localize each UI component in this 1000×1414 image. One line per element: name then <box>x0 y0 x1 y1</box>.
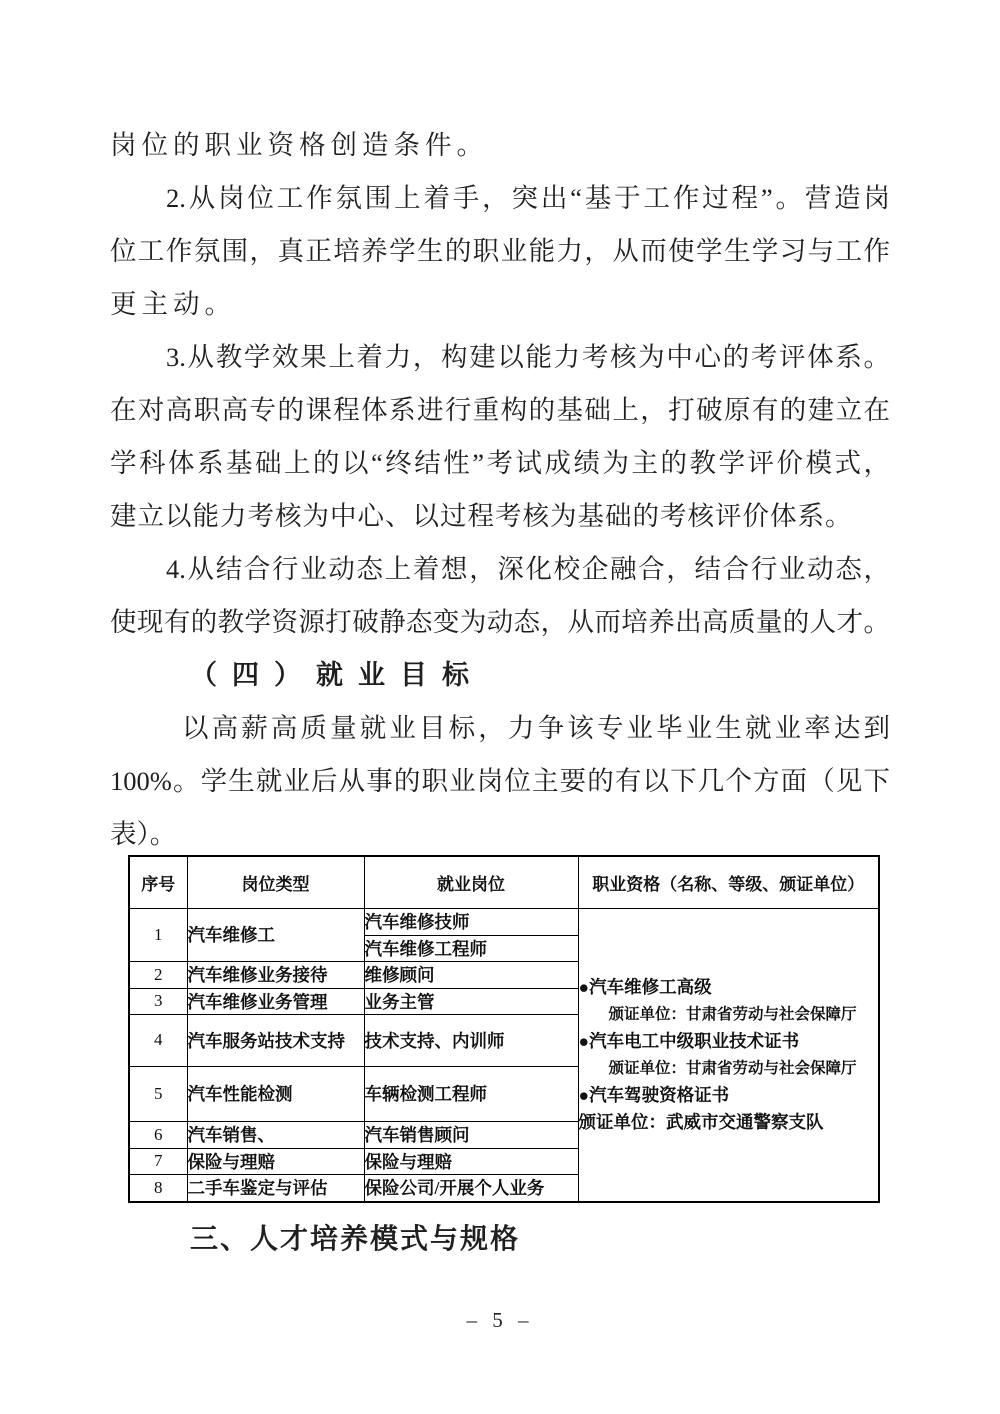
qualification-line: ●汽车驾驶资格证书 <box>579 1082 879 1109</box>
paragraph-line: 更主动。 <box>110 278 890 331</box>
cell-no: 3 <box>129 988 187 1014</box>
cell-type: 汽车维修业务管理 <box>187 988 364 1014</box>
paragraph-line: 2.从岗位工作氛围上着手，突出“基于工作过程”。营造岗 <box>110 172 890 225</box>
cell-type: 二手车鉴定与评估 <box>187 1174 364 1202</box>
cell-no: 1 <box>129 908 187 961</box>
table-header-row: 序号 岗位类型 就业岗位 职业资格（名称、等级、颁证单位） <box>129 856 879 908</box>
column-header-job: 就业岗位 <box>364 856 578 908</box>
paragraph-line: 3.从教学效果上着力，构建以能力考核为中心的考评体系。 <box>110 331 890 384</box>
cell-job: 保险与理赔 <box>364 1148 578 1174</box>
paragraph-line: 100%。学生就业后从事的职业岗位主要的有以下几个方面（见下 <box>110 755 890 808</box>
cell-type: 汽车维修业务接待 <box>187 961 364 988</box>
page-number: – 5 – <box>0 1308 1000 1333</box>
qualification-line: ●汽车维修工高级 <box>579 974 879 1001</box>
cell-no: 5 <box>129 1066 187 1121</box>
document-page: 岗位的职业资格创造条件。 2.从岗位工作氛围上着手，突出“基于工作过程”。营造岗… <box>0 0 1000 1414</box>
paragraph-line: 学科体系基础上的以“终结性”考试成绩为主的教学评价模式， <box>110 437 890 490</box>
paragraph-line: 在对高职高专的课程体系进行重构的基础上，打破原有的建立在 <box>110 384 890 437</box>
cell-type: 汽车销售、 <box>187 1121 364 1148</box>
qualification-cell: ●汽车维修工高级 颁证单位：甘肃省劳动与社会保障厅 ●汽车电工中级职业技术证书 … <box>578 908 879 1202</box>
cell-job: 汽车维修工程师 <box>364 935 578 961</box>
paragraph-line: 使现有的教学资源打破静态变为动态，从而培养出高质量的人才。 <box>110 596 890 649</box>
cell-job: 汽车维修技师 <box>364 908 578 935</box>
page-content: 岗位的职业资格创造条件。 2.从岗位工作氛围上着手，突出“基于工作过程”。营造岗… <box>0 0 1000 1257</box>
cell-type: 汽车服务站技术支持 <box>187 1014 364 1066</box>
paragraph-line: 以高薪高质量就业目标，力争该专业毕业生就业率达到 <box>110 702 890 755</box>
qualification-list: ●汽车维修工高级 颁证单位：甘肃省劳动与社会保障厅 ●汽车电工中级职业技术证书 … <box>579 974 879 1136</box>
column-header-qualification: 职业资格（名称、等级、颁证单位） <box>578 856 879 908</box>
cell-job: 保险公司/开展个人业务 <box>364 1174 578 1202</box>
paragraph-line: 表）。 <box>110 808 890 861</box>
cell-no: 4 <box>129 1014 187 1066</box>
qualification-line: ●汽车电工中级职业技术证书 <box>579 1028 879 1055</box>
paragraph-line: 4.从结合行业动态上着想，深化校企融合，结合行业动态， <box>110 543 890 596</box>
cell-no: 8 <box>129 1174 187 1202</box>
cell-type: 保险与理赔 <box>187 1148 364 1174</box>
cell-job: 业务主管 <box>364 988 578 1014</box>
cell-no: 2 <box>129 961 187 988</box>
cell-no: 6 <box>129 1121 187 1148</box>
cell-job: 维修顾问 <box>364 961 578 988</box>
section-heading-talent-model: 三、人才培养模式与规格 <box>190 1217 890 1257</box>
paragraph-line: 位工作氛围，真正培养学生的职业能力，从而使学生学习与工作 <box>110 225 890 278</box>
cell-type: 汽车维修工 <box>187 908 364 961</box>
table-row: 1 汽车维修工 汽车维修技师 ●汽车维修工高级 颁证单位：甘肃省劳动与社会保障厅… <box>129 908 879 935</box>
cell-job: 技术支持、内训师 <box>364 1014 578 1066</box>
paragraph-line: 岗位的职业资格创造条件。 <box>110 119 890 172</box>
subsection-heading-employment-goal: （四）就业目标 <box>110 649 890 702</box>
employment-positions-table: 序号 岗位类型 就业岗位 职业资格（名称、等级、颁证单位） 1 汽车维修工 汽车… <box>128 855 880 1203</box>
column-header-no: 序号 <box>129 856 187 908</box>
qualification-line: 颁证单位：甘肃省劳动与社会保障厅 <box>579 1055 879 1082</box>
paragraph-line: 建立以能力考核为中心、以过程考核为基础的考核评价体系。 <box>110 490 890 543</box>
cell-type: 汽车性能检测 <box>187 1066 364 1121</box>
qualification-line: 颁证单位：甘肃省劳动与社会保障厅 <box>579 1001 879 1028</box>
cell-job: 汽车销售顾问 <box>364 1121 578 1148</box>
cell-job: 车辆检测工程师 <box>364 1066 578 1121</box>
cell-no: 7 <box>129 1148 187 1174</box>
column-header-position-type: 岗位类型 <box>187 856 364 908</box>
qualification-line: 颁证单位：武威市交通警察支队 <box>579 1109 879 1136</box>
